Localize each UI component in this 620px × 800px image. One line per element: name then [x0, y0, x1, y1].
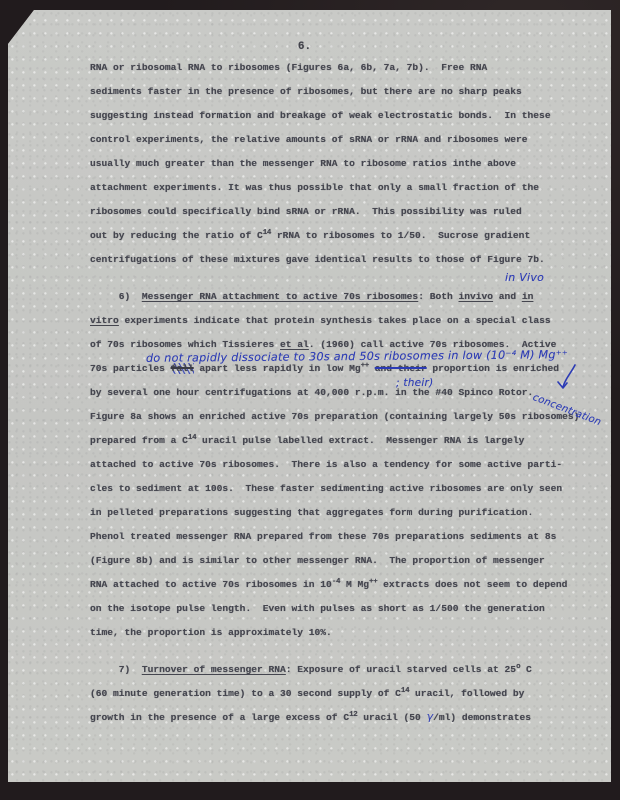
text-segment: attachment experiments. It was thus poss… [90, 182, 539, 193]
text-segment: control experiments, the relative amount… [90, 134, 528, 145]
text-line: (Figure 8b) and is similar to other mess… [90, 549, 590, 573]
photo-of-typed-manuscript-page: { "page": { "number": "6." }, "typed": {… [0, 0, 620, 800]
text-segment: rRNA to ribosomes to 1/50. Sucrose gradi… [271, 230, 530, 241]
text-line: attachment experiments. It was thus poss… [90, 176, 590, 200]
text-segment: suggesting instead formation and breakag… [90, 110, 551, 121]
text-segment: uracil, followed by [409, 688, 524, 699]
text-segment: : Exposure of uracil starved cells at 25 [286, 664, 516, 675]
text-line: growth in the presence of a large excess… [90, 706, 590, 730]
text-segment: Messenger RNA attachment to active 70s r… [142, 291, 418, 302]
text-segment: proportion is enriched [427, 363, 559, 374]
text-segment: et al [280, 339, 309, 350]
text-segment: growth in the presence of a large excess… [90, 712, 349, 723]
paragraph: RNA or ribosomal RNA to ribosomes (Figur… [90, 56, 590, 272]
text-segment: -4 [332, 578, 340, 586]
text-line: RNA or ribosomal RNA to ribosomes (Figur… [90, 56, 590, 80]
text-line: by several one hour centrifugations at 4… [90, 381, 590, 405]
text-line: Phenol treated messenger RNA prepared fr… [90, 525, 590, 549]
text-line: attached to active 70s ribosomes. There … [90, 453, 590, 477]
text-line: vitro experiments indicate that protein … [90, 309, 590, 333]
text-segment: : Both [418, 291, 458, 302]
text-line: control experiments, the relative amount… [90, 128, 590, 152]
text-segment: out by reducing the ratio of C [90, 230, 263, 241]
text-segment: uracil pulse labelled extract. Messenger… [196, 435, 524, 446]
text-segment: attached to active 70s ribosomes. There … [90, 459, 562, 470]
text-segment: prepared from a C [90, 435, 188, 446]
text-line: time, the proportion is approximately 10… [90, 621, 590, 645]
text-segment: ribosomes could specifically bind sRNA o… [90, 206, 522, 217]
text-segment: of 70s ribosomes which Tissieres [90, 339, 280, 350]
text-segment: invivo [459, 291, 494, 302]
text-segment: experiments indicate that protein synthe… [119, 315, 551, 326]
text-segment: extracts does not seem to depend [377, 579, 567, 590]
text-segment: centrifugations of these mixtures gave i… [90, 254, 545, 265]
handwritten-correction-in-vivo: in Vivo [505, 271, 544, 284]
text-line: on the isotope pulse length. Even with p… [90, 597, 590, 621]
text-line: 7) Turnover of messenger RNA: Exposure o… [90, 658, 590, 682]
text-segment: 14 [263, 229, 271, 237]
text-segment: ++ [369, 578, 377, 586]
text-line: usually much greater than the messenger … [90, 152, 590, 176]
text-line: sediments faster in the presence of ribo… [90, 80, 590, 104]
text-line: RNA attached to active 70s ribosomes in … [90, 573, 590, 597]
text-segment: usually much greater than the messenger … [90, 158, 516, 169]
paragraph: 7) Turnover of messenger RNA: Exposure o… [90, 658, 590, 730]
paragraph: 6) Messenger RNA attachment to active 70… [90, 285, 590, 645]
text-line: Figure 8a shows an enriched active 70s p… [90, 405, 590, 429]
text-segment: 7) [90, 664, 142, 675]
text-segment: sediments faster in the presence of ribo… [90, 86, 522, 97]
text-line: 6) Messenger RNA attachment to active 70… [90, 285, 590, 309]
text-segment: (Figure 8b) and is similar to other mess… [90, 555, 545, 566]
page-number: 6. [8, 41, 601, 53]
text-segment: 6) [90, 291, 142, 302]
text-segment: in pelleted preparations suggesting that… [90, 507, 533, 518]
text-segment: by several one hour centrifugations at 4… [90, 387, 533, 398]
text-segment: RNA or ribosomal RNA to ribosomes (Figur… [90, 62, 487, 73]
text-line: in pelleted preparations suggesting that… [90, 501, 590, 525]
text-line: centrifugations of these mixtures gave i… [90, 248, 590, 272]
text-line: out by reducing the ratio of C14 rRNA to… [90, 224, 590, 248]
text-segment: 12 [349, 711, 357, 719]
text-segment: on the isotope pulse length. Even with p… [90, 603, 545, 614]
down-arrow-icon [553, 363, 579, 393]
document-page: 6. RNA or ribosomal RNA to ribosomes (Fi… [8, 10, 611, 782]
text-segment: 14 [401, 687, 409, 695]
text-line: ribosomes could specifically bind sRNA o… [90, 200, 590, 224]
text-segment: (60 minute generation time) to a 30 seco… [90, 688, 401, 699]
text-segment: RNA attached to active 70s ribosomes in … [90, 579, 332, 590]
text-line: cles to sediment at 100s. These faster s… [90, 477, 590, 501]
text-line: suggesting instead formation and breakag… [90, 104, 590, 128]
text-segment: /ml) demonstrates [433, 712, 531, 723]
text-segment: time, the proportion is approximately 10… [90, 627, 332, 638]
text-segment: and [493, 291, 522, 302]
text-line: (60 minute generation time) to a 30 seco… [90, 682, 590, 706]
text-line: prepared from a C14 uracil pulse labelle… [90, 429, 590, 453]
text-segment: and their [375, 363, 427, 374]
handwritten-correction-their: ; their) [396, 377, 433, 389]
text-segment: in [522, 291, 534, 302]
text-segment: M Mg [340, 579, 369, 590]
text-segment: vitro [90, 315, 119, 326]
text-segment: Turnover of messenger RNA [142, 664, 286, 675]
text-segment: o [516, 663, 520, 671]
text-segment: 14 [188, 434, 196, 442]
text-segment: uracil (50 [357, 712, 426, 723]
text-segment: Phenol treated messenger RNA prepared fr… [90, 531, 556, 542]
typed-text-body: RNA or ribosomal RNA to ribosomes (Figur… [90, 56, 590, 730]
text-segment: cles to sediment at 100s. These faster s… [90, 483, 562, 494]
text-segment: Figure 8a shows an enriched active 70s p… [90, 411, 579, 422]
text-segment: C [520, 664, 532, 675]
